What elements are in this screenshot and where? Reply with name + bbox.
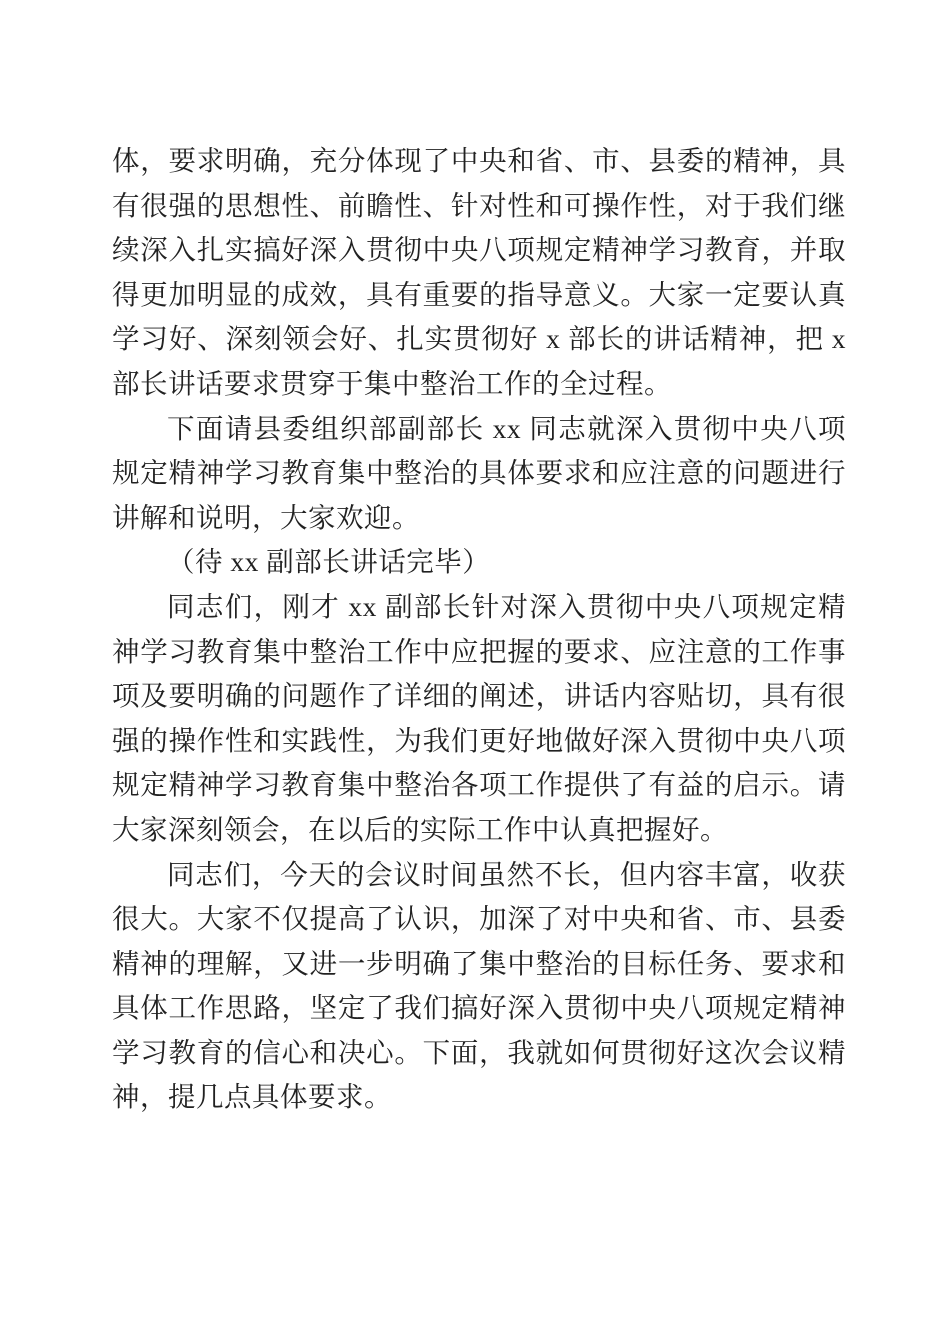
paragraph-continuation: 体，要求明确，充分体现了中央和省、市、县委的精神，具有很强的思想性、前瞻性、针对… <box>112 139 846 407</box>
paragraph-summary-of-speech: 同志们，刚才 xx 副部长针对深入贯彻中央八项规定精神学习教育集中整治工作中应把… <box>112 585 846 853</box>
paragraph-introduce-deputy-minister: 下面请县委组织部副部长 xx 同志就深入贯彻中央八项规定精神学习教育集中整治的具… <box>112 407 846 541</box>
paragraph-stage-note: （待 xx 副部长讲话完毕） <box>112 540 846 585</box>
document-body: 体，要求明确，充分体现了中央和省、市、县委的精神，具有很强的思想性、前瞻性、针对… <box>112 139 846 1120</box>
paragraph-closing-remarks: 同志们，今天的会议时间虽然不长，但内容丰富，收获很大。大家不仅提高了认识，加深了… <box>112 853 846 1121</box>
document-page: 体，要求明确，充分体现了中央和省、市、县委的精神，具有很强的思想性、前瞻性、针对… <box>0 0 950 1344</box>
